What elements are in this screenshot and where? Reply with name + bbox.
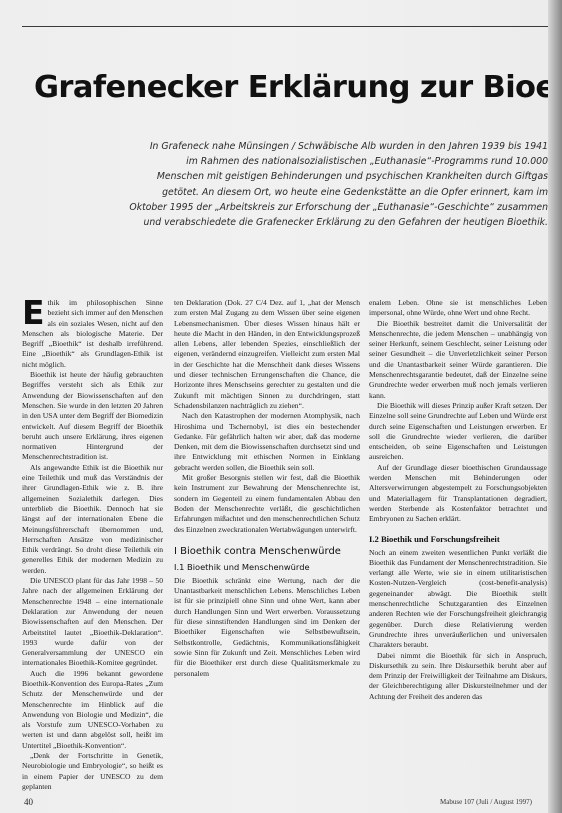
column-1: Ethik im philosophischen Sinne bezieht s…: [22, 298, 163, 792]
intro-line: Menschen mit geistigen Behinderungen und…: [104, 169, 548, 184]
paragraph: ten Deklaration (Dok. 27 C/4 Dez. auf 1,…: [174, 298, 360, 411]
paragraph: Als angewandte Ethik ist die Bioethik nu…: [22, 463, 163, 576]
paragraph: „Denk der Fortschritte in Genetik, Neuro…: [22, 751, 163, 792]
subsection-heading: I.2 Bioethik und Forschungsfreiheit: [369, 534, 547, 545]
paragraph: Auf der Grundlage dieser bioethischen Gr…: [369, 463, 547, 525]
paragraph: Auch die 1996 bekannt gewordene Bioethik…: [22, 669, 163, 751]
page-edge-shadow: [548, 0, 562, 813]
subsection-heading: I.1 Bioethik und Menschenwürde: [174, 562, 360, 573]
article-title: Grafenecker Erklärung zur Bioethik: [34, 70, 554, 105]
intro-line: In Grafeneck nahe Münsingen / Schwäbisch…: [104, 139, 548, 154]
drop-cap: E: [22, 299, 45, 327]
paragraph: Die Bioethik bestreitet damit die Univer…: [369, 319, 547, 401]
paragraph: Nach den Katastrophen der modernen Atomp…: [174, 411, 360, 473]
magazine-page: Grafenecker Erklärung zur Bioethik In Gr…: [0, 0, 548, 813]
header-rule: [22, 26, 548, 27]
column-2: ten Deklaration (Dok. 27 C/4 Dez. auf 1,…: [174, 298, 360, 679]
intro-lead: In Grafeneck nahe Münsingen / Schwäbisch…: [104, 139, 548, 230]
intro-line: getötet. An diesem Ort, wo heute eine Ge…: [104, 185, 548, 200]
intro-line: und verabschiedete die Grafenecker Erklä…: [104, 215, 548, 230]
paragraph: Die UNESCO plant für das Jahr 1998 – 50 …: [22, 576, 163, 669]
paragraph: Die Bioethik will dieses Prinzip außer K…: [369, 401, 547, 463]
intro-line: im Rahmen des nationalsozialistischen „E…: [104, 154, 548, 169]
intro-line: Oktober 1995 der „Arbeitskreis zur Erfor…: [104, 200, 548, 215]
footer-source: Mabuse 107 (Juli / August 1997): [440, 798, 532, 806]
paragraph: enalem Leben. Ohne sie ist menschliches …: [369, 298, 547, 319]
paragraph: Die Bioethik schränkt eine Wertung, nach…: [174, 576, 360, 679]
paragraph: Ethik im philosophischen Sinne bezieht s…: [22, 298, 163, 370]
paragraph: Dabei nimmt die Bioethik für sich in Ans…: [369, 651, 547, 702]
section-heading: I Bioethik contra Menschenwürde: [174, 545, 360, 558]
paragraph: Noch an einem zweiten wesentlichen Punkt…: [369, 548, 547, 651]
paragraph: Bioethik ist heute der häufig gebrauchte…: [22, 370, 163, 463]
page-number: 40: [24, 797, 33, 807]
paragraph: Mit großer Besorgnis stellen wir fest, d…: [174, 473, 360, 535]
column-3: enalem Leben. Ohne sie ist menschliches …: [369, 298, 547, 702]
